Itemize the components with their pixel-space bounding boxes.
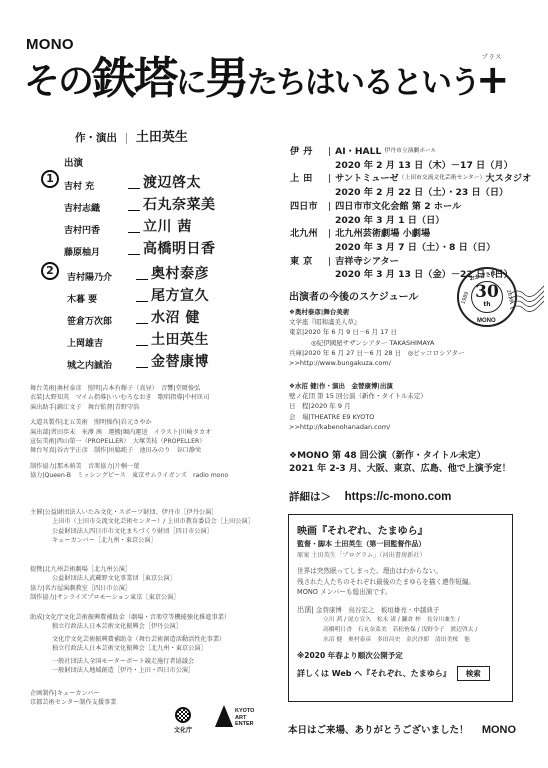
credit-line: 上田市（上田市交流文化芸術センター）/ 上田市教育委員会［上田公演］ <box>30 517 254 526</box>
bunkacho-emblem-icon <box>175 707 191 723</box>
detail-label: 詳細は＞ <box>289 491 331 503</box>
mono-48th-notice: ❖MONO 第 48 回公演（新作・タイトル未定） 2021 年 2-3 月、大… <box>289 450 511 476</box>
future-line: ❖水沼 健|作・演出 金替康博|出演 <box>289 381 427 391</box>
grant-credits: 助成|文化庁文化芸術振興費補助金（劇場・音楽堂等機能強化推進事業） 独立行政法人… <box>30 613 230 675</box>
author-credit: 作・演出 | 土田英生 <box>75 126 188 145</box>
role-name: 吉村 充 <box>64 179 125 192</box>
schedule-venue-row: 四日市|四日市市文化会館 第 2 ホール <box>290 200 531 214</box>
cast-row: 木暮 要尾方宣久 <box>67 283 209 305</box>
cast-row: 藤原柚月高橋明日香 <box>64 236 216 258</box>
future-line: 会 場|THEATRE E9 KYOTO <box>289 412 427 422</box>
title-part: 男 <box>205 53 247 104</box>
venue: サントミューゼ <box>335 172 398 186</box>
credit-line: 企画制作|キューカンバー <box>30 689 116 698</box>
film-description: 世界は突然眠ってしまった。理由はわからない。 残された人たちのそれぞれ最後のたま… <box>297 566 504 598</box>
cast-row: 吉村志織石丸奈菜美 <box>64 192 216 214</box>
credit-line: 京都芸術センター制作支援事業 <box>30 698 116 707</box>
film-cast-label: 出演| <box>297 605 314 614</box>
bunkacho-logo: 文化庁 <box>170 707 196 734</box>
actor-name: 水沼 健 <box>151 307 200 327</box>
desc-line: MONO メンバーも総出演です。 <box>297 587 504 598</box>
city: 四日市 <box>290 200 324 214</box>
city: 伊丹 <box>290 145 324 159</box>
credit-line: 協力|名古屋演劇教室［四日市公演］ <box>30 584 180 593</box>
venue: 北九州芸術劇場 小劇場 <box>335 227 430 241</box>
kac-triangle-icon <box>215 705 233 727</box>
schedule-venue-row: 伊丹|AI・HALL 伊丹市立演劇ホール <box>290 145 531 159</box>
schedule-venue-row: 東京|吉祥寺シアター <box>290 255 531 269</box>
actor-name: 金替康博 <box>151 351 209 371</box>
credit-line: 宣伝美術|西山榮一（PROPELLER） 大塚美枝（PROPELLER） <box>30 437 228 446</box>
partner-credits: 提携|北九州芸術劇場［北九州公演］ 公益財団法人武蔵野文化事業団［東京公演］ 協… <box>30 565 180 603</box>
play-title: その鉄塔に男たちはいるという <box>24 55 479 107</box>
actor-name: 石丸奈菜美 <box>143 194 216 214</box>
bungakuza-link[interactable]: >>http://www.bungakuza.com/ <box>289 358 465 368</box>
credit-line: 文化庁文化芸術振興費補助金（舞台芸術創造活動活性化事業） <box>30 635 230 644</box>
film-title: 映画『それぞれ、たまゆら』 <box>297 522 504 537</box>
anniversary-stamp: おかげさまで 1989 2019 30 th MONO <box>457 267 517 327</box>
author-name: 土田英生 <box>136 130 188 145</box>
stamp-number: 30 <box>472 282 502 302</box>
postmark-waves-icon <box>510 280 544 320</box>
desc-line: 世界は突然眠ってしまった。理由はわからない。 <box>297 566 504 577</box>
role-name: 吉村志織 <box>64 201 125 214</box>
role-name: 吉村陽乃介 <box>67 270 133 283</box>
role-name: 城之内誠治 <box>67 358 133 371</box>
staff-credits: 舞台美術|奥村泰彦 照明|吉本有輝子（真昼） 音響|堂岡俊弘 衣装|大野知英 マ… <box>30 384 228 481</box>
cast-row: 吉村陽乃介奥村泰彦 <box>67 260 209 283</box>
role-name: 吉村円香 <box>64 223 125 236</box>
future-line: ◎紀伊國屋サザンシアター TAKASHIMAYA <box>289 338 465 348</box>
thank-you-message: 本日はご来場、ありがとうございました！ MONO <box>288 722 516 736</box>
dash <box>136 345 148 346</box>
credit-line: キューカンバー［北九州・東京公演］ <box>30 536 254 545</box>
dash <box>128 254 140 255</box>
credit-line: 衣装|大野知英 マイム指導|いいむろなおき 歌唱指導|中村匡司 <box>30 393 228 402</box>
stamp-center: 30 th <box>471 281 503 313</box>
dash <box>128 232 140 233</box>
kyoto-art-center-logo: KYOTO ART ENTER <box>215 705 254 727</box>
cast-line: 金替康博 鳥谷宏之 板垣雄亮・中越典子 <box>316 606 440 614</box>
kac-text: KYOTO ART ENTER <box>235 708 254 727</box>
team-2-badge: 2 <box>41 262 59 280</box>
team-1-list: 吉村 充渡辺啓太 吉村志織石丸奈菜美 吉村円香立川 茜 藤原柚月高橋明日香 <box>64 168 216 258</box>
credit-line: 助成|文化庁文化芸術振興費補助金（劇場・音楽堂等機能強化推進事業） <box>30 613 230 622</box>
dash <box>128 210 140 211</box>
future-line: 文学座『昭和虞美人草』 <box>289 317 465 327</box>
venue: 四日市市文化会館 第 2 ホール <box>335 200 461 214</box>
film-promo-box: 映画『それぞれ、たまゆら』 監督・脚本 土田英生（第一回監督作品） 原案 土田英… <box>288 514 513 702</box>
kac-line: KYOTO <box>235 708 254 714</box>
author-label: 作・演出 <box>75 132 117 144</box>
performance-schedule: 伊丹|AI・HALL 伊丹市立演劇ホール 2020 年 2 月 13 日（木）－… <box>290 145 531 282</box>
venue-suffix: 大スタジオ <box>485 172 531 186</box>
team-1-badge: 1 <box>41 170 59 188</box>
credit-line: 舞台美術|奥村泰彦 照明|吉本有輝子（真昼） 音響|堂岡俊弘 <box>30 384 228 393</box>
future-line: 東京|2020 年 6 月 9 日－6 月 17 日 <box>289 327 465 337</box>
credit-line: 一般社団法人全国モーターボート競走施行者協議会 <box>30 657 230 666</box>
actor-name: 立川 茜 <box>143 216 192 236</box>
credit-line: 演出助手|鐘江文子 舞台監督|青野守浩 <box>30 403 228 412</box>
cast-line: 立川 茜 / 尾方宣久 松永 渚 / 鎌倉 梓 長谷川兼生 / <box>297 615 504 625</box>
film-web-row: 詳しくは Web へ『それぞれ、たまゆら』 検索 <box>297 666 504 681</box>
detail-link-row: 詳細は＞ https://c-mono.com <box>289 489 451 504</box>
desc-line: 残された人たちのそれぞれ最後のたまゆらを描く連作短編。 <box>297 577 504 588</box>
cast-row: 上岡雄吉土田英生 <box>67 327 209 349</box>
venue: AI・HALL <box>335 145 381 159</box>
schedule-date: 2020 年 2 月 13 日（木）－17 日（月） <box>290 159 531 173</box>
stamp-name: MONO <box>477 318 496 324</box>
website-link[interactable]: https://c-mono.com <box>345 491 452 503</box>
future-line: ❖奥村泰彦|舞台美術 <box>289 307 465 317</box>
troupe-name: MONO <box>26 36 74 53</box>
role-name: 笹倉万次郎 <box>67 314 133 327</box>
credit-line: 公益財団法人武蔵野文化事業団［東京公演］ <box>30 574 180 583</box>
separator: | <box>125 132 129 144</box>
cast-heading: 出演 <box>64 155 83 169</box>
credit-line: 舞台写真|谷古宇正彦 制作|垣脇純子 池田みのり 谷口静栄 <box>30 446 228 455</box>
actor-name: 渡辺啓太 <box>143 172 201 192</box>
city: 上田 <box>290 172 324 186</box>
search-button[interactable]: 検索 <box>457 666 490 681</box>
bunkacho-text: 文化庁 <box>170 725 196 734</box>
role-name: 木暮 要 <box>67 292 133 305</box>
title-part: 鉄塔 <box>92 53 176 104</box>
credit-line: 主催|公益財団法人いたみ文化・スポーツ財団、伊丹市［伊丹公演］ <box>30 508 254 517</box>
future-block-okumura: ❖奥村泰彦|舞台美術 文学座『昭和虞美人草』 東京|2020 年 6 月 9 日… <box>289 307 465 368</box>
dash <box>136 301 148 302</box>
credit-line: 独立行政法人日本芸術文化振興会［北九州・東京公演］ <box>30 644 230 653</box>
cast-line: 水沼 健 奥村泰彦 多田昌史 金沢沙耶 清田美桜 他 <box>297 635 504 645</box>
film-original: 原案 土田英生「プログラム」（河出書房新社） <box>297 550 504 559</box>
plus-sign: + <box>476 62 508 98</box>
dash <box>136 279 148 280</box>
cast-row: 笹倉万次郎水沼 健 <box>67 305 209 327</box>
actor-name: 尾方宣久 <box>151 285 209 305</box>
schedule-date: 2020 年 3 月 1 日（日） <box>290 214 531 228</box>
stamp-year-start: 1989 <box>460 291 470 305</box>
cast-row: 吉村 充渡辺啓太 <box>64 168 216 192</box>
notice-line: 2021 年 2-3 月、大阪、東京、広島、他で上演予定！ <box>289 463 511 476</box>
credit-line: 公益財団法人四日市市文化まちづくり財団［四日市公演］ <box>30 527 254 536</box>
title-part: その <box>24 60 92 102</box>
film-director: 監督・脚本 土田英生（第一回監督作品） <box>297 539 504 549</box>
venue: 吉祥寺シアター <box>335 255 399 269</box>
title-part: に <box>176 65 205 101</box>
schedule-date: 2020 年 3 月 7 日（土）・8 日（日） <box>290 241 531 255</box>
dash <box>136 323 148 324</box>
thanks-text: 本日はご来場、ありがとうございました！ <box>288 725 469 736</box>
venue-note: （上田市交流文化芸術センター） <box>399 172 486 186</box>
title-part: たちはいるという <box>247 65 479 101</box>
notice-line: ❖MONO 第 48 回公演（新作・タイトル未定） <box>289 450 511 463</box>
venue-note: 伊丹市立演劇ホール <box>385 145 437 159</box>
credit-line: 独立行政法人日本芸術文化振興会［伊丹公演］ <box>30 622 230 631</box>
future-line: 壁ノ花団 第 15 回公演（新作・タイトル未定） <box>289 391 427 401</box>
credit-line: 大道具製作|北五美術 照明操作|岩元さやか <box>30 418 228 427</box>
future-line: 日 程|2020 年 9 月 <box>289 401 427 411</box>
credit-line: 一般財団法人地域創造［伊丹・上田・四日市公演］ <box>30 666 230 675</box>
team-2-list: 吉村陽乃介奥村泰彦 木暮 要尾方宣久 笹倉万次郎水沼 健 上岡雄吉土田英生 城之… <box>67 260 209 371</box>
future-line: 兵庫|2020 年 6 月 27 日－6 月 28 日 ◎ピッコロシアター <box>289 348 465 358</box>
credit-line: 制作協力|サンライズプロモーション東京［東京公演］ <box>30 593 180 602</box>
role-name: 藤原柚月 <box>64 245 125 258</box>
city: 東京 <box>290 255 324 269</box>
film-web-text: 詳しくは Web へ『それぞれ、たまゆら』 <box>297 668 451 679</box>
credit-line: 提携|北九州芸術劇場［北九州公演］ <box>30 565 180 574</box>
schedule-venue-row: 北九州|北九州芸術劇場 小劇場 <box>290 227 531 241</box>
title-plus: プラス + <box>476 54 508 98</box>
future-schedule-heading: 出演者の今後のスケジュール <box>289 288 418 303</box>
kac-line: ENTER <box>235 721 254 727</box>
organizer-credits: 主催|公益財団法人いたみ文化・スポーツ財団、伊丹市［伊丹公演］ 上田市（上田市交… <box>30 508 254 546</box>
kabenohanadan-link[interactable]: >>http://kabenohanadan.com/ <box>289 422 427 432</box>
cast-row: 吉村円香立川 茜 <box>64 214 216 236</box>
planning-credits: 企画制作|キューカンバー 京都芸術センター制作支援事業 <box>30 689 116 708</box>
film-release: ※2020 年春より順次公開予定 <box>297 650 504 661</box>
signature: MONO <box>482 724 516 736</box>
schedule-date: 2020 年 2 月 22 日（土）・23 日（日） <box>290 186 531 200</box>
city: 北九州 <box>290 227 324 241</box>
credit-line: 演出部|習田歩未 米澤 茜 運搬|堀内運送 イラスト|川崎タカオ <box>30 428 228 437</box>
cast-line: 高橋明日香 石丸奈菜美 若松侑保 / 浅野令子 渡辺啓太 / <box>297 625 504 635</box>
stamp-suffix: th <box>472 302 502 308</box>
dash <box>136 367 148 368</box>
dash <box>128 188 140 189</box>
credit-line: 協力|Queen-B ミッシングピース 東京サムライガンズ radio mono <box>30 471 228 480</box>
actor-name: 奥村泰彦 <box>151 263 209 283</box>
credit-line: 制作協力|那木萌美 音楽協力|片桐一葉 <box>30 462 228 471</box>
film-cast: 出演| 金替康博 鳥谷宏之 板垣雄亮・中越典子 立川 茜 / 尾方宣久 松永 渚… <box>297 605 504 646</box>
cast-row: 城之内誠治金替康博 <box>67 349 209 371</box>
schedule-venue-row: 上田|サントミューゼ（上田市交流文化芸術センター）大スタジオ <box>290 172 531 186</box>
actor-name: 高橋明日香 <box>143 238 216 258</box>
actor-name: 土田英生 <box>151 329 209 349</box>
role-name: 上岡雄吉 <box>67 336 133 349</box>
future-block-mizunuma: ❖水沼 健|作・演出 金替康博|出演 壁ノ花団 第 15 回公演（新作・タイトル… <box>289 381 427 432</box>
